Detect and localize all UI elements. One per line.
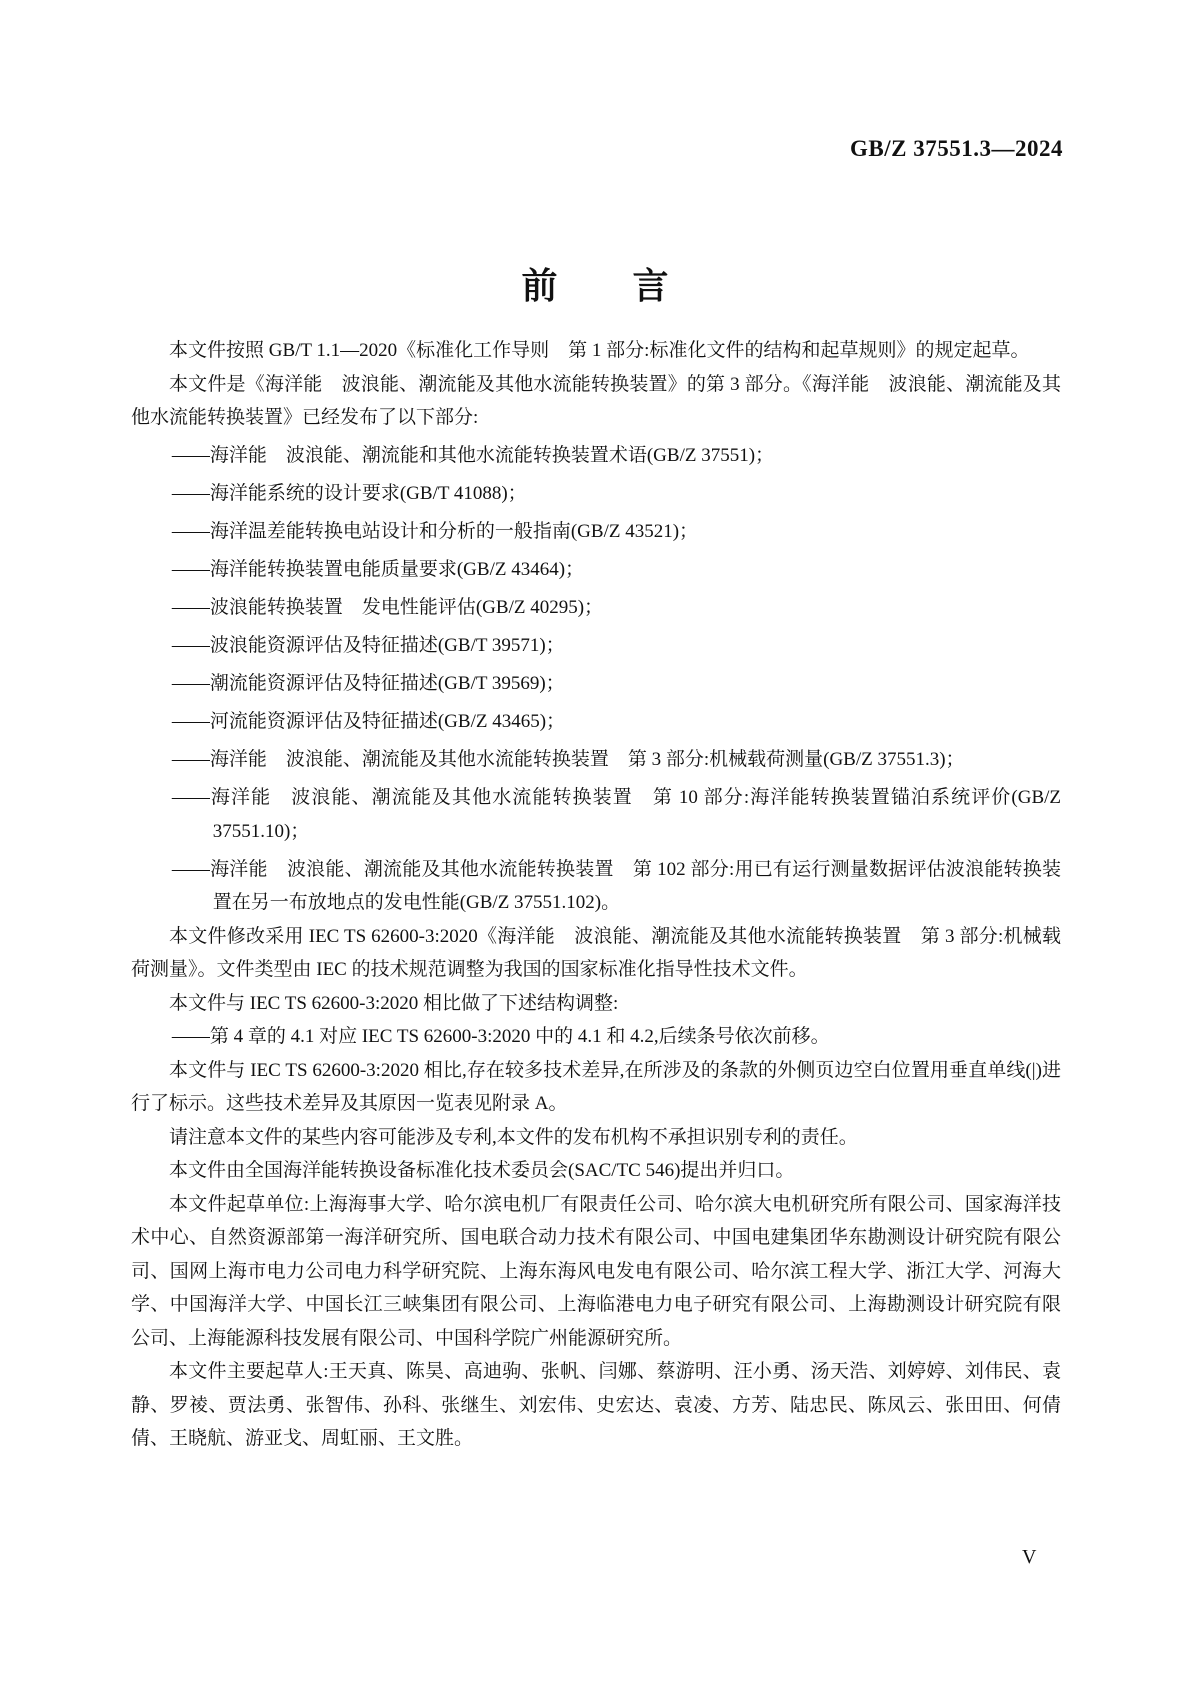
foreword-body: 本文件按照 GB/T 1.1—2020《标准化工作导则 第 1 部分:标准化文件… — [131, 334, 1061, 1456]
doc-number: GB/Z 37551.3—2024 — [850, 136, 1063, 162]
published-part-item: ——潮流能资源评估及特征描述(GB/T 39569)； — [131, 667, 1061, 701]
published-part-item: ——海洋能 波浪能、潮流能和其他水流能转换装置术语(GB/Z 37551)； — [131, 439, 1061, 473]
para-series-intro: 本文件是《海洋能 波浪能、潮流能及其他水流能转换装置》的第 3 部分。《海洋能 … — [131, 368, 1061, 435]
para-structure-note: 本文件与 IEC TS 62600-3:2020 相比做了下述结构调整: — [131, 987, 1061, 1021]
structure-changes-list: ——第 4 章的 4.1 对应 IEC TS 62600-3:2020 中的 4… — [131, 1020, 1061, 1054]
foreword-title: 前 言 — [0, 258, 1191, 309]
published-part-item: ——海洋温差能转换电站设计和分析的一般指南(GB/Z 43521)； — [131, 515, 1061, 549]
published-part-item: ——海洋能 波浪能、潮流能及其他水流能转换装置 第 102 部分:用已有运行测量… — [131, 853, 1061, 920]
standard-document-page: GB/Z 37551.3—2024 前 言 本文件按照 GB/T 1.1—202… — [0, 0, 1191, 1685]
para-patent-notice: 请注意本文件的某些内容可能涉及专利,本文件的发布机构不承担识别专利的责任。 — [131, 1121, 1061, 1155]
page-number: V — [1022, 1546, 1037, 1569]
structure-change-item: ——第 4 章的 4.1 对应 IEC TS 62600-3:2020 中的 4… — [131, 1020, 1061, 1054]
published-part-item: ——海洋能系统的设计要求(GB/T 41088)； — [131, 477, 1061, 511]
published-part-item: ——波浪能资源评估及特征描述(GB/T 39571)； — [131, 629, 1061, 663]
published-part-item: ——海洋能 波浪能、潮流能及其他水流能转换装置 第 10 部分:海洋能转换装置锚… — [131, 781, 1061, 848]
published-parts-list: ——海洋能 波浪能、潮流能和其他水流能转换装置术语(GB/Z 37551)； —… — [131, 439, 1061, 920]
published-part-item: ——海洋能转换装置电能质量要求(GB/Z 43464)； — [131, 553, 1061, 587]
para-main-drafters: 本文件主要起草人:王天真、陈昊、高迪驹、张帆、闫娜、蔡游明、汪小勇、汤天浩、刘婷… — [131, 1355, 1061, 1456]
para-drafting-organizations: 本文件起草单位:上海海事大学、哈尔滨电机厂有限责任公司、哈尔滨大电机研究所有限公… — [131, 1188, 1061, 1356]
published-part-item: ——波浪能转换装置 发电性能评估(GB/Z 40295)； — [131, 591, 1061, 625]
published-part-item: ——河流能资源评估及特征描述(GB/Z 43465)； — [131, 705, 1061, 739]
para-technical-differences: 本文件与 IEC TS 62600-3:2020 相比,存在较多技术差异,在所涉… — [131, 1054, 1061, 1121]
para-drafting-rules: 本文件按照 GB/T 1.1—2020《标准化工作导则 第 1 部分:标准化文件… — [131, 334, 1061, 368]
para-committee: 本文件由全国海洋能转换设备标准化技术委员会(SAC/TC 546)提出并归口。 — [131, 1154, 1061, 1188]
published-part-item: ——海洋能 波浪能、潮流能及其他水流能转换装置 第 3 部分:机械载荷测量(GB… — [131, 743, 1061, 777]
para-iec-adoption: 本文件修改采用 IEC TS 62600-3:2020《海洋能 波浪能、潮流能及… — [131, 920, 1061, 987]
